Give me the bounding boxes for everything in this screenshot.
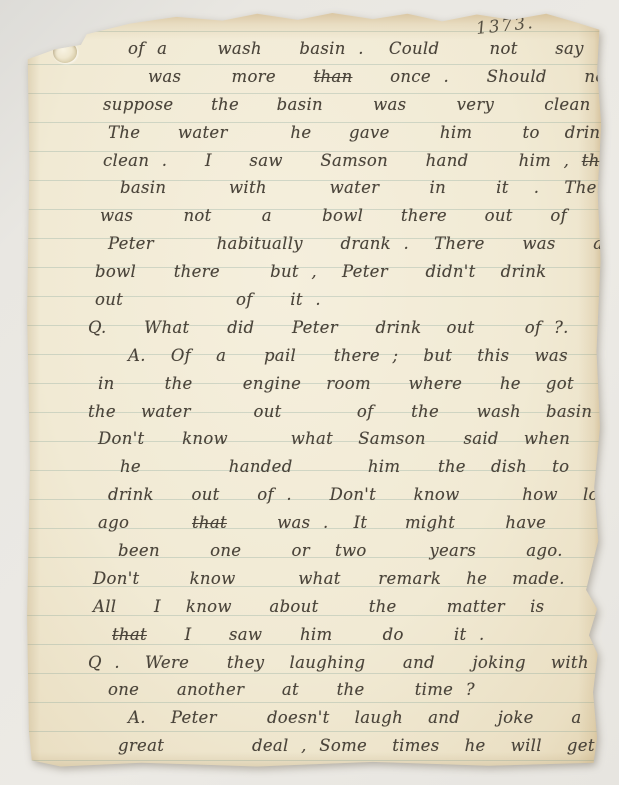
manuscript-line: was not a bowl there out of which (26, 202, 604, 230)
crossed-word: that (112, 625, 147, 644)
manuscript-line: in the engine room where he got (26, 370, 604, 398)
manuscript-line: Q . Were they laughing and joking with (26, 649, 604, 677)
manuscript-line: Q. What did Peter drink out of ?. (26, 314, 604, 342)
manuscript-line: A. Of a pail there ; but this was (26, 342, 604, 370)
manuscript-line: of a wash basin . Could not say it (26, 35, 604, 63)
manuscript-line: drink out of . Don't know how long (26, 481, 604, 509)
manuscript-text: of a wash basin . Could not say itwas mo… (26, 35, 604, 760)
manuscript-line: was more than once . Should not (26, 63, 604, 91)
manuscript-line: Peter habitually drank . There was a (26, 230, 604, 258)
manuscript-line: Don't know what Samson said when (26, 425, 604, 453)
manuscript-line: out of it . (26, 286, 604, 314)
manuscript-line: A. Peter doesn't laugh and joke a (26, 704, 604, 732)
manuscript-line: bowl there but , Peter didn't drink (26, 258, 604, 286)
manuscript-line: one another at the time ? (26, 676, 604, 704)
manuscript-line: that I saw him do it . (26, 621, 604, 649)
manuscript-line: The water he gave him to drink was (26, 119, 604, 147)
manuscript-line: great deal , Some times he will get — (26, 732, 604, 760)
manuscript-line: ago that was . It might have (26, 509, 604, 537)
manuscript-line: suppose the basin was very clean . (26, 91, 604, 119)
crossed-word: than (314, 67, 353, 86)
manuscript-line: clean . I saw Samson hand him , the (26, 147, 604, 175)
manuscript-line: basin with water in it . There (26, 174, 604, 202)
manuscript-line: All I know about the matter is (26, 593, 604, 621)
crossed-word: the (582, 151, 610, 170)
paper-sheet: 1373. of a wash basin . Could not say it… (26, 10, 604, 768)
manuscript-line: been one or two years ago. (26, 537, 604, 565)
manuscript-line: the water out of the wash basin . (26, 398, 604, 426)
manuscript-line: he handed him the dish to (26, 453, 604, 481)
paper-shadow: 1373. of a wash basin . Could not say it… (0, 0, 619, 785)
scanned-document: 1373. of a wash basin . Could not say it… (0, 0, 619, 785)
crossed-word: that (192, 513, 227, 532)
manuscript-line: Don't know what remark he made. (26, 565, 604, 593)
